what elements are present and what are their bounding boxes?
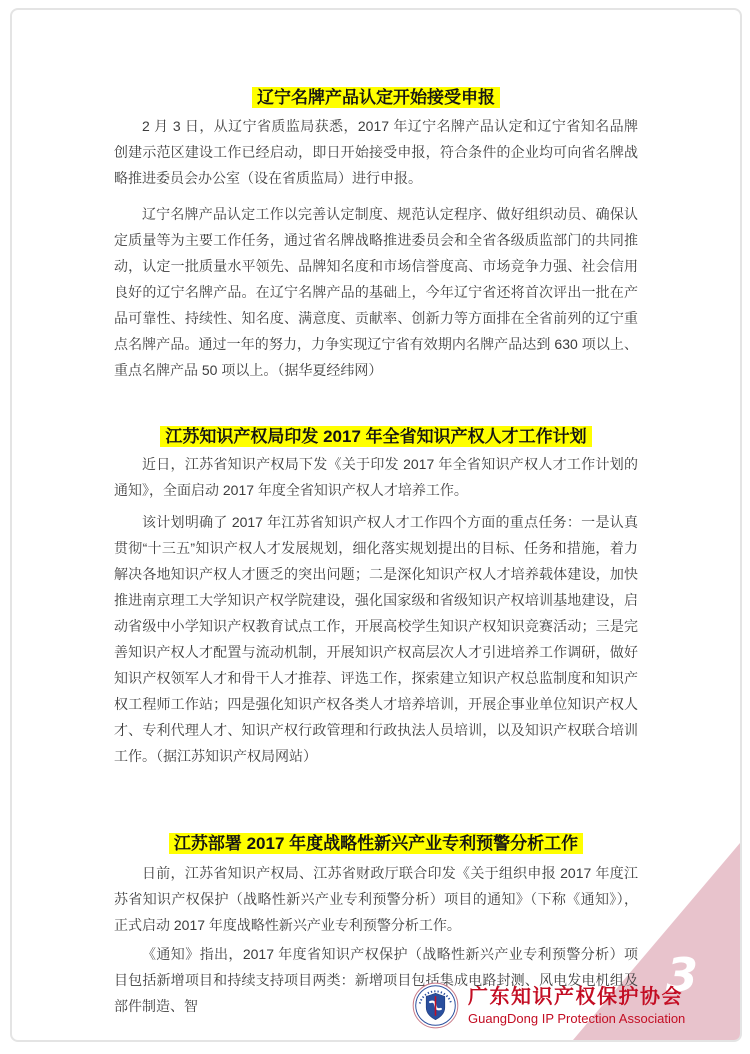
- newsletter-content: 辽宁名牌产品认定开始接受申报 2 月 3 日，从辽宁省质监局获悉，2017 年辽…: [114, 10, 638, 1019]
- org-name-cn: 广东知识产权保护协会: [468, 985, 685, 1009]
- article-paragraph: 日前，江苏省知识产权局、江苏省财政厅联合印发《关于组织申报 2017 年度江苏省…: [114, 860, 638, 938]
- article-paragraph: 近日，江苏省知识产权局下发《关于印发 2017 年全省知识产权人才工作计划的通知…: [114, 451, 638, 503]
- article-paragraph: 辽宁名牌产品认定工作以完善认定制度、规范认定程序、做好组织动员、确保认定质量等为…: [114, 201, 638, 383]
- article-title: 江苏部署 2017 年度战略性新兴产业专利预警分析工作: [114, 831, 638, 857]
- page-frame: 3 辽宁名牌产品认定开始接受申报 2 月 3 日，从辽宁省质监局获悉，2017 …: [10, 8, 742, 1042]
- article-title-highlight: 江苏知识产权局印发 2017 年全省知识产权人才工作计划: [160, 426, 591, 447]
- association-seal-icon: [412, 982, 459, 1029]
- article-title-highlight: 辽宁名牌产品认定开始接受申报: [252, 87, 500, 108]
- footer: 广东知识产权保护协会 GuangDong IP Protection Assoc…: [412, 982, 685, 1029]
- article-title: 江苏知识产权局印发 2017 年全省知识产权人才工作计划: [114, 424, 638, 450]
- org-name-en: GuangDong IP Protection Association: [468, 1011, 685, 1026]
- article-title-highlight: 江苏部署 2017 年度战略性新兴产业专利预警分析工作: [169, 833, 583, 854]
- article-paragraph: 该计划明确了 2017 年江苏省知识产权人才工作四个方面的重点任务：一是认真贯彻…: [114, 509, 638, 769]
- article-title: 辽宁名牌产品认定开始接受申报: [114, 85, 638, 111]
- article-paragraph: 2 月 3 日，从辽宁省质监局获悉，2017 年辽宁名牌产品认定和辽宁省知名品牌…: [114, 113, 638, 191]
